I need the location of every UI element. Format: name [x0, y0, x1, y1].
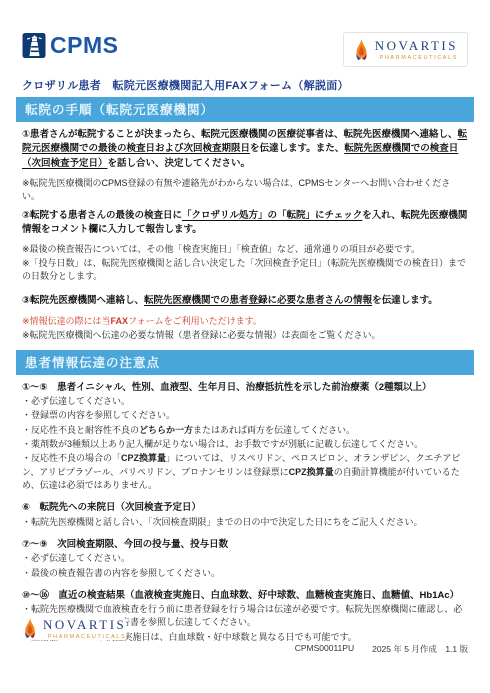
footer-novartis-logo: NOVARTIS PHARMACEUTICALS: [22, 617, 126, 640]
banner-procedure: 転院の手順（転院元医療機関）: [16, 97, 474, 122]
procedure-section: ①患者さんが転院することが決まったら、転院元医療機関の医療従事者は、転院先医療機…: [16, 128, 474, 342]
novartis-name: NOVARTIS: [375, 38, 458, 54]
group4-heading: ⑩～⑯ 直近の検査結果（血液検査実施日、白血球数、好中球数、血糖検査実施日、血糖…: [22, 589, 468, 602]
group3-bullet-last-report: ・最後の検査報告書の内容を参照してください。: [22, 567, 468, 580]
note-fax-seg-2-bold: FAX: [111, 316, 129, 326]
footer-document-info: CPMS00011PU 2025 年 5 月作成 1.1 版: [295, 643, 468, 655]
step-3: ③転院先医療機関へ連絡し、転院先医療機関での患者登録に必要な患者さんの情報を伝達…: [22, 294, 468, 308]
document-code: CPMS00011PU: [295, 643, 354, 655]
step-3-seg-1: ③転院先医療機関へ連絡し、: [22, 295, 144, 306]
step-1-seg-1: ①患者さんが転院することが決まったら、転院元医療機関の医療従事者は、転院先医療機…: [22, 129, 458, 140]
note-fax-seg-3: フォームをご利用いただけます。: [128, 316, 262, 326]
footer-novartis-wordmark: NOVARTIS PHARMACEUTICALS: [43, 617, 126, 640]
group2-heading: ⑥ 転院先への来院日（次回検査予定日）: [22, 501, 468, 514]
footer-novartis-subtitle: PHARMACEUTICALS: [48, 634, 126, 640]
step-1: ①患者さんが転院することが決まったら、転院元医療機関の医療従事者は、転院先医療機…: [22, 128, 468, 171]
cpms-lighthouse-icon: [22, 32, 47, 59]
step-3-seg-3: を伝達します。: [372, 295, 438, 306]
group1-b5-seg-4-bold: CPZ換算量: [289, 467, 334, 477]
novartis-subtitle: PHARMACEUTICALS: [380, 55, 458, 61]
group1-bullet-extra-sheet: ・薬剤数が3種類以上あり記入欄が足りない場合は、お手数ですが別紙に記載し伝達して…: [22, 438, 468, 451]
step-1-seg-3: を伝達します。また、: [250, 143, 344, 154]
footer-novartis-flame-icon: [22, 618, 38, 639]
attention-section: ①～⑤ 患者イニシャル、性別、血液型、生年月日、治療抵抗性を示した前治療薬（2種…: [16, 381, 474, 644]
step-2-seg-1: ②転院する患者さんの最後の検査日に: [22, 210, 182, 221]
fax-form-explanation-page: CPMS NOVARTIS PHARMACEUTICALS クロザリル患者 転院…: [0, 0, 490, 693]
group1-b3-seg-3: またはあれば両方を伝達してください。: [193, 425, 355, 435]
group3-bullet-must-convey: ・必ず伝達してください。: [22, 552, 468, 565]
note-fax-form-red: ※情報伝達の際には当FAXフォームをご利用いただけます。: [22, 315, 468, 328]
document-edition: 2025 年 5 月作成 1.1 版: [372, 643, 468, 655]
group1-heading: ①～⑤ 患者イニシャル、性別、血液型、生年月日、治療抵抗性を示した前治療薬（2種…: [22, 381, 468, 394]
header: CPMS NOVARTIS PHARMACEUTICALS: [16, 28, 474, 67]
step-2: ②転院する患者さんの最後の検査日に「クロザリル処方」の「転院」にチェックを入れ、…: [22, 209, 468, 238]
doc-title: クロザリル患者 転院元医療機関記入用FAXフォーム（解説面）: [22, 77, 468, 93]
group3-heading: ⑦～⑨ 次回検査期限、今回の投与量、投与日数: [22, 538, 468, 551]
step-3-seg-2-underlined: 転院先医療機関での患者登録に必要な患者さんの情報: [144, 295, 372, 306]
step-1-seg-5: を話し合い、決定してください。: [108, 158, 251, 169]
group1-bullet-cpz-conversion: ・反応性不良の場合の「CPZ換算量」については、リスペリドン、ペロスピロン、オラ…: [22, 452, 468, 492]
novartis-wordmark: NOVARTIS PHARMACEUTICALS: [375, 38, 458, 61]
footer: NOVARTIS PHARMACEUTICALS CPMS00011PU 202…: [16, 617, 474, 655]
step-2-seg-2-underlined: 「クロザリル処方」の「転院」にチェック: [182, 210, 362, 221]
footer-novartis-name: NOVARTIS: [43, 617, 126, 633]
group1-bullet-must-convey: ・必ず伝達してください。: [22, 395, 468, 408]
note-last-report: ※最後の検査報告については、その他「検査実施日」「検査値」など、通常通りの項目が…: [22, 243, 468, 256]
group1-b3-seg-1: ・反応性不良と耐容性不良の: [22, 425, 139, 435]
note-dosage-days: ※「投与日数」は、転院先医療機関と話し合い決定した「次回検査予定日」（転院先医療…: [22, 257, 468, 283]
cpms-logo: CPMS: [22, 32, 118, 59]
group1-b5-seg-1: ・反応性不良の場合の「: [22, 453, 121, 463]
cpms-logo-text: CPMS: [50, 32, 118, 59]
note-cpms-center: ※転院先医療機関のCPMS登録の有無や連絡先がわからない場合は、CPMSセンター…: [22, 177, 468, 203]
group1-b3-seg-2-bold: どちらか一方: [139, 425, 193, 435]
group1-bullet-either-or-both: ・反応性不良と耐容性不良のどちらか一方またはあれば両方を伝達してください。: [22, 424, 468, 437]
novartis-logo: NOVARTIS PHARMACEUTICALS: [343, 32, 468, 67]
group2-bullet-visit-date: ・転院先医療機関と話し合い、「次回検査期限」までの日の中で決定した日にちをご記入…: [22, 516, 468, 529]
novartis-flame-icon: [353, 39, 370, 61]
group1-b5-seg-2-bold: CPZ換算量: [121, 453, 166, 463]
note-front-side: ※転院先医療機関へ伝達の必要な情報（患者登録に必要な情報）は表面をご覧ください。: [22, 329, 468, 342]
note-fax-seg-1: ※情報伝達の際には当: [22, 316, 111, 326]
group1-bullet-registration-form: ・登録票の内容を参照してください。: [22, 409, 468, 422]
banner-attention: 患者情報伝達の注意点: [16, 350, 474, 375]
